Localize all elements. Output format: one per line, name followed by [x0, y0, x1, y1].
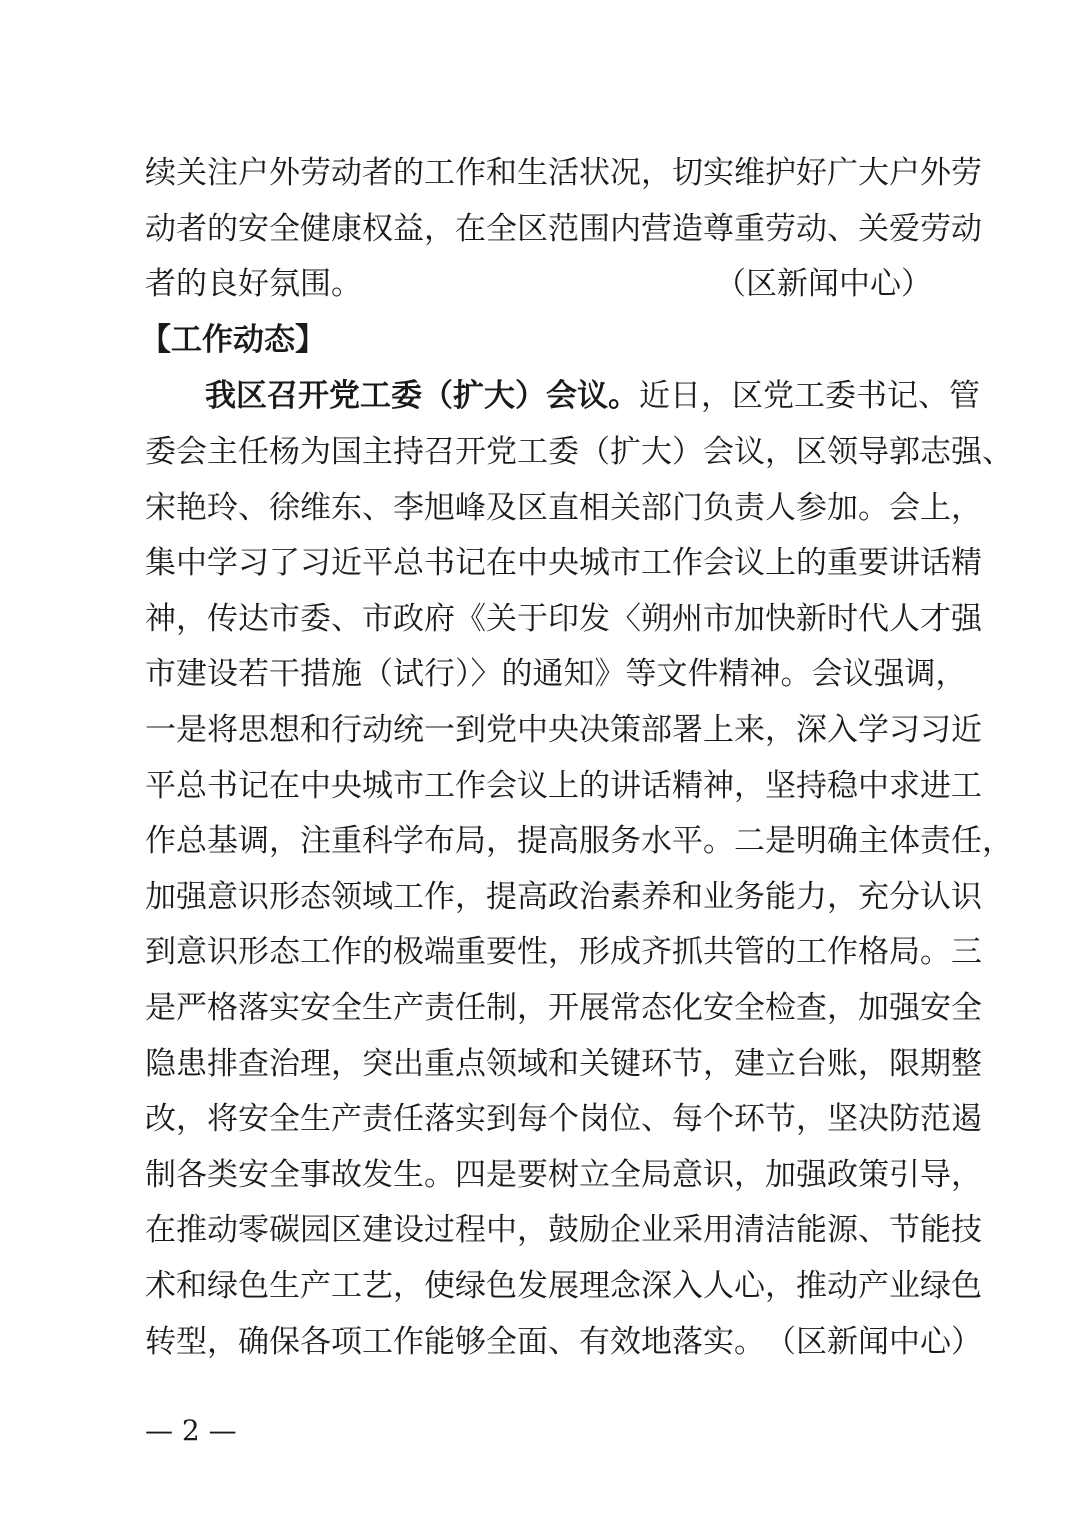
article-line: 神，传达市委、市政府《关于印发〈朔州市加快新时代人才强 — [145, 599, 932, 639]
paragraph-last-line: 者的良好氛围。 （区新闻中心） — [145, 264, 932, 304]
document-page: 续关注户外劳动者的工作和生活状况，切实维护好广大户外劳 动者的安全健康权益，在全… — [0, 0, 1074, 1520]
article-line: 市建设若干措施（试行）〉的通知》等文件精神。会议强调， — [145, 654, 932, 694]
article-line: 委会主任杨为国主持召开党工委（扩大）会议，区领导郭志强、 — [145, 432, 932, 472]
section-heading: 【工作动态】 — [140, 320, 927, 360]
paragraph-text: 者的良好氛围。 — [145, 264, 362, 304]
article-line: 宋艳玲、徐维东、李旭峰及区直相关部门负责人参加。会上， — [145, 488, 932, 528]
page-number: — 2 — — [145, 1413, 237, 1449]
article-last-line: 转型，确保各项工作能够全面、有效地落实。 （区新闻中心） — [145, 1322, 932, 1362]
article-first-line: 我区召开党工委（扩大）会议。近日，区党工委书记、管 — [145, 376, 932, 416]
news-source: （区新闻中心） — [715, 264, 932, 304]
article-line: 术和绿色生产工艺，使绿色发展理念深入人心，推动产业绿色 — [145, 1266, 932, 1306]
article-line: 改，将安全生产责任落实到每个岗位、每个环节，坚决防范遏 — [145, 1099, 932, 1139]
article-line: 到意识形态工作的极端重要性，形成齐抓共管的工作格局。三 — [145, 932, 932, 972]
article-line: 在推动零碳园区建设过程中，鼓励企业采用清洁能源、节能技 — [145, 1210, 932, 1250]
article-line: 作总基调，注重科学布局，提高服务水平。二是明确主体责任， — [145, 821, 932, 861]
article-title: 我区召开党工委（扩大）会议。 — [205, 378, 639, 414]
article-line: 制各类安全事故发生。四是要树立全局意识，加强政策引导， — [145, 1155, 932, 1195]
paragraph-line: 动者的安全健康权益，在全区范围内营造尊重劳动、关爱劳动 — [145, 209, 932, 249]
article-line: 是严格落实安全生产责任制，开展常态化安全检查，加强安全 — [145, 988, 932, 1028]
article-line: 一是将思想和行动统一到党中央决策部署上来，深入学习习近 — [145, 710, 932, 750]
article-line: 平总书记在中央城市工作会议上的讲话精神，坚持稳中求进工 — [145, 766, 932, 806]
article-text: 转型，确保各项工作能够全面、有效地落实。 — [145, 1322, 765, 1362]
paragraph-line: 续关注户外劳动者的工作和生活状况，切实维护好广大户外劳 — [145, 153, 932, 193]
article-text: 近日，区党工委书记、管 — [639, 378, 980, 414]
news-source: （区新闻中心） — [765, 1322, 982, 1362]
article-line: 集中学习了习近平总书记在中央城市工作会议上的重要讲话精 — [145, 543, 932, 583]
article-line: 加强意识形态领域工作，提高政治素养和业务能力，充分认识 — [145, 877, 932, 917]
article-line: 隐患排查治理，突出重点领域和关键环节，建立台账，限期整 — [145, 1044, 932, 1084]
